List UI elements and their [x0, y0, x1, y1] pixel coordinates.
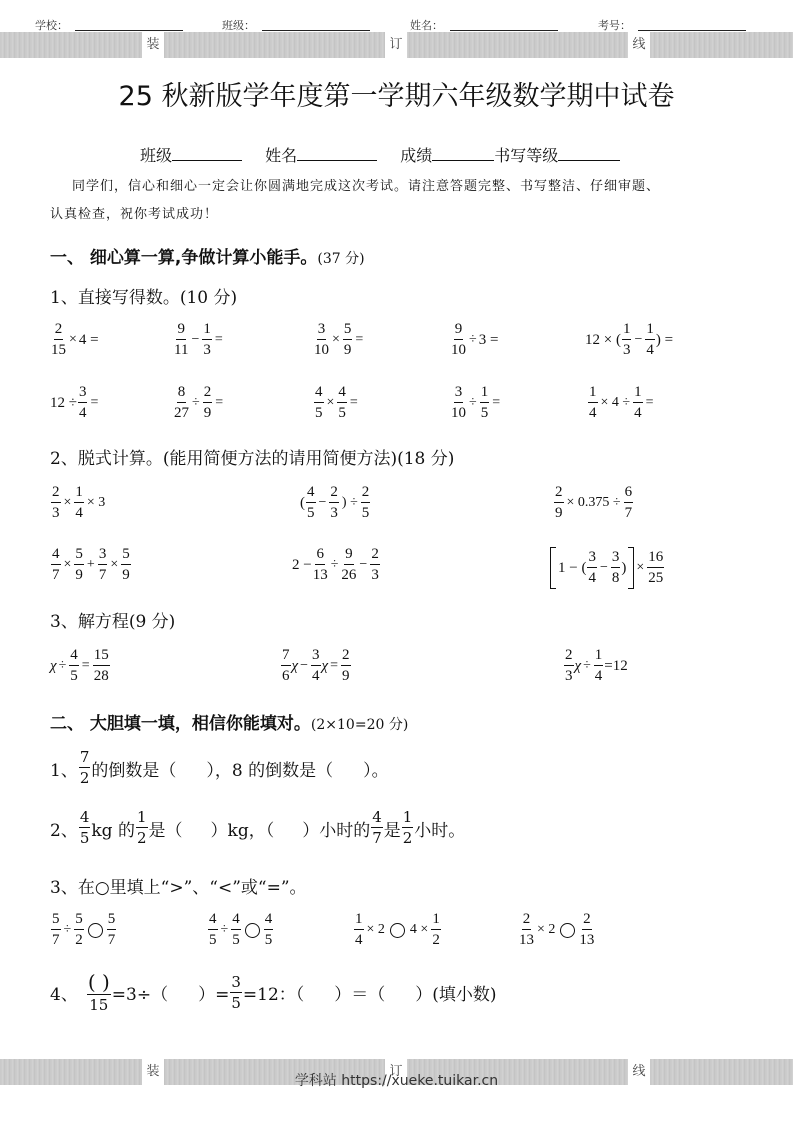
- calc-item: 45 × 45 =: [313, 385, 360, 421]
- compare-circle[interactable]: [560, 923, 575, 938]
- question-1-3-title: 3、解方程(9 分): [50, 607, 175, 632]
- calc-item: 23 × 14 × 3: [50, 485, 107, 521]
- compare-circle[interactable]: [390, 923, 405, 938]
- section-2-heading: 二、 大胆填一填，相信你能填对。(2×10=20 分): [50, 709, 408, 734]
- intro-text: 同学们，信心和细心一定会让你圆满地完成这次考试。请注意答题完整、书写整洁、仔细审…: [50, 173, 750, 229]
- class-label: 班级：: [222, 17, 255, 33]
- section-2-points: (2×10=20 分): [311, 717, 408, 733]
- section-2-title: 二、 大胆填一填，相信你能填对。: [50, 714, 311, 734]
- calc-item: 310 × 59 =: [313, 322, 365, 358]
- handwriting-label: 书写等级: [494, 143, 558, 166]
- section-1-points: (37 分): [317, 251, 364, 267]
- equation-item: χ ÷ 45 = 1528: [50, 648, 111, 684]
- fill-question-3-title: 3、在○里填上“>”、“<”或“=”。: [50, 873, 307, 898]
- binding-mark: 订: [385, 32, 407, 58]
- question-1-2-title: 2、脱式计算。(能用简便方法的请用简便方法)(18 分): [50, 444, 454, 469]
- score-blank[interactable]: [432, 145, 494, 161]
- compare-circle[interactable]: [88, 923, 103, 938]
- class-blank[interactable]: [172, 145, 242, 161]
- calc-item: 12 ÷ 34 =: [50, 385, 100, 421]
- section-1-heading: 一、 细心算一算,争做计算小能手。(37 分): [50, 243, 365, 268]
- compare-circle[interactable]: [245, 923, 260, 938]
- calc-item: 12 × ( 13 − 14 ) =: [585, 322, 673, 358]
- intro-line-1: 同学们，信心和细心一定会让你圆满地完成这次考试。请注意答题完整、书写整洁、仔细审…: [50, 173, 750, 201]
- class-field[interactable]: [262, 30, 370, 31]
- compare-item: 14 × 2 4 × 12: [353, 912, 442, 948]
- calc-item: ( 45 − 23 ) ÷ 25: [300, 485, 371, 521]
- left-square-bracket: [550, 547, 556, 589]
- calc-item: 1 − ( 34 − 38 ) × 1625: [550, 547, 665, 589]
- calc-item: 2 − 613 ÷ 926 − 23: [292, 547, 381, 583]
- calc-item: 215 ×4 =: [50, 322, 99, 358]
- calc-item: 47 × 59 + 37 × 59: [50, 547, 132, 583]
- name-blank[interactable]: [297, 145, 377, 161]
- fill-question-4: 4、 ( )15 =3÷（ ）= 35 =12：（ ）＝（ ）(填小数): [50, 972, 497, 1013]
- school-field[interactable]: [75, 30, 183, 31]
- handwriting-blank[interactable]: [558, 145, 620, 161]
- name-field[interactable]: [450, 30, 558, 31]
- compare-item: 57 ÷ 52 57: [50, 912, 117, 948]
- fill-question-2: 2、 45 kg 的 12 是（ ）kg，（ ）小时的 47 是 12 小时。: [50, 810, 465, 846]
- fill-question-1: 1、 72 的倒数是（ ），8 的倒数是（ ）。: [50, 750, 389, 786]
- right-square-bracket: [628, 547, 634, 589]
- name-label: 姓名：: [410, 17, 443, 33]
- compare-item: 213 × 2 213: [518, 912, 595, 948]
- exam-no-field[interactable]: [638, 30, 746, 31]
- score-label: 成绩: [400, 143, 432, 166]
- name-label: 姓名: [265, 143, 297, 166]
- class-label: 班级: [140, 143, 172, 166]
- calc-item: 29 × 0.375 ÷ 67: [553, 485, 634, 521]
- equation-item: 76 χ − 34 χ = 29: [280, 648, 352, 684]
- page-title: 25 秋新版学年度第一学期六年级数学期中试卷: [0, 74, 793, 113]
- intro-line-2: 认真检查，祝你考试成功！: [50, 201, 750, 229]
- school-label: 学校：: [35, 17, 68, 33]
- calc-item: 14 × 4 ÷ 14 =: [587, 385, 656, 421]
- student-info-row: 班级 姓名 成绩书写等级: [140, 143, 638, 166]
- equation-item: 23 χ ÷ 14 =12: [563, 648, 628, 684]
- binding-mark: 装: [142, 32, 164, 58]
- calc-item: 910 ÷3 =: [450, 322, 498, 358]
- binding-mark: 线: [628, 32, 650, 58]
- calc-item: 827 ÷ 29 =: [173, 385, 225, 421]
- compare-item: 45 ÷ 45 45: [207, 912, 274, 948]
- watermark-url[interactable]: 学科站 https://xueke.tuikar.cn: [0, 1070, 793, 1090]
- question-1-1-title: 1、直接写得数。(10 分): [50, 283, 237, 308]
- binding-strip-top: 装 订 线: [0, 32, 793, 58]
- calc-item: 911 − 13 =: [173, 322, 225, 358]
- exam-no-label: 考号：: [598, 17, 631, 33]
- calc-item: 310 ÷ 15 =: [450, 385, 502, 421]
- section-1-title: 一、 细心算一算,争做计算小能手。: [50, 248, 317, 268]
